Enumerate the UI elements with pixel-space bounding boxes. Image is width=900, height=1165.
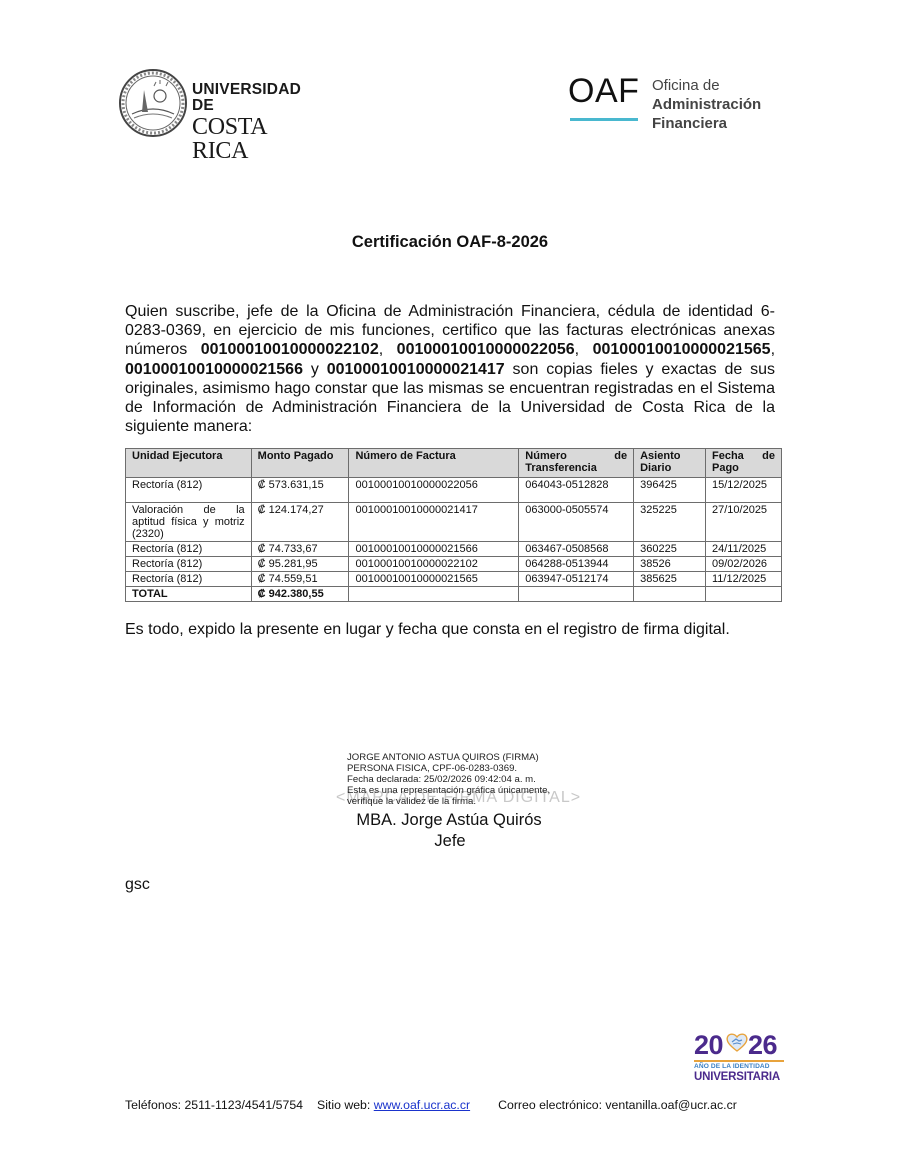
separator: ,	[379, 341, 397, 358]
signer-name-text: MBA. Jorge Astúa Quirós	[356, 811, 541, 829]
invoice-number-3: 00100010010000021565	[593, 341, 771, 358]
header-asiento-diario: Asiento Diario	[634, 449, 706, 478]
footer-phones: Teléfonos: 2511-1123/4541/5754	[125, 1098, 303, 1112]
footer-contact: Teléfonos: 2511-1123/4541/5754Sitio web:…	[125, 1098, 737, 1112]
signature-line-1: JORGE ANTONIO ASTUA QUIROS (FIRMA)	[347, 752, 587, 763]
cell-unidad-ejecutora: Rectoría (812)	[126, 478, 252, 503]
cell-numero-factura: 00100010010000021417	[349, 503, 519, 542]
invoice-number-5: 00100010010000021417	[327, 361, 505, 378]
ucr-logo-line1: UNIVERSIDAD DE	[192, 82, 308, 113]
cell-fecha-pago: 27/10/2025	[706, 503, 782, 542]
table-row: Rectoría (812)₡ 74.559,51001000100100000…	[126, 572, 782, 587]
closing-statement: Es todo, expido la presente en lugar y f…	[125, 621, 730, 639]
cell-unidad-ejecutora: Rectoría (812)	[126, 557, 252, 572]
oaf-acronym: OAF	[568, 74, 639, 108]
cell-numero-transferencia: 063467-0508568	[519, 542, 634, 557]
cell-unidad-ejecutora: Valoración de la aptitud física y motriz…	[126, 503, 252, 542]
signer-role: Jefe	[0, 832, 900, 851]
total-label: TOTAL	[126, 587, 252, 602]
university-seal-icon	[118, 68, 188, 138]
cell-asiento-diario: 38526	[634, 557, 706, 572]
table-header-row: Unidad Ejecutora Monto Pagado Número de …	[126, 449, 782, 478]
separator: y	[303, 361, 327, 378]
invoice-number-1: 00100010010000022102	[201, 341, 379, 358]
cell-asiento-diario: 360225	[634, 542, 706, 557]
footer-web-label: Sitio web:	[317, 1098, 374, 1112]
header-monto-pagado: Monto Pagado	[251, 449, 349, 478]
table-row: Rectoría (812)₡ 74.733,67001000100100000…	[126, 542, 782, 557]
cell-monto-pagado: ₡ 95.281,95	[251, 557, 349, 572]
cell-monto-pagado: ₡ 74.733,67	[251, 542, 349, 557]
signature-line-5: verifique la validez de la firma.	[347, 796, 587, 807]
footer-web-link[interactable]: www.oaf.ucr.ac.cr	[374, 1098, 470, 1112]
table-row: Rectoría (812)₡ 573.631,1500100010010000…	[126, 478, 782, 503]
cell-unidad-ejecutora: Rectoría (812)	[126, 542, 252, 557]
oaf-logo: OAF Oficina de Administración Financiera	[568, 70, 778, 136]
footer-email: Correo electrónico: ventanilla.oaf@ucr.a…	[498, 1098, 737, 1112]
cell-asiento-diario: 385625	[634, 572, 706, 587]
cell-numero-transferencia: 063947-0512174	[519, 572, 634, 587]
separator: ,	[575, 341, 593, 358]
table-row: Valoración de la aptitud física y motriz…	[126, 503, 782, 542]
cell-monto-pagado: ₡ 573.631,15	[251, 478, 349, 503]
separator: ,	[771, 341, 775, 358]
oaf-name-line3: Financiera	[652, 114, 761, 133]
year-logo-subtitle-2: UNIVERSITARIA	[694, 1071, 780, 1083]
cell-monto-pagado: ₡ 74.559,51	[251, 572, 349, 587]
payments-table: Unidad Ejecutora Monto Pagado Número de …	[125, 448, 782, 602]
cell-numero-factura: 00100010010000022056	[349, 478, 519, 503]
heart-handshake-icon	[725, 1030, 749, 1054]
year-identity-logo: 20 26 AÑO DE LA IDENTIDAD UNIVERSITARIA	[692, 1030, 787, 1085]
header-fecha-pago: Fecha de Pago	[706, 449, 782, 478]
cell-numero-transferencia: 063000-0505574	[519, 503, 634, 542]
author-initials: gsc	[125, 876, 150, 894]
cell-fecha-pago: 09/02/2026	[706, 557, 782, 572]
header-unidad-ejecutora: Unidad Ejecutora	[126, 449, 252, 478]
cell-unidad-ejecutora: Rectoría (812)	[126, 572, 252, 587]
cell-numero-factura: 00100010010000022102	[349, 557, 519, 572]
cell-monto-pagado: ₡ 124.174,27	[251, 503, 349, 542]
total-amount: ₡ 942.380,55	[251, 587, 349, 602]
header-numero-factura: Número de Factura	[349, 449, 519, 478]
table-row: Rectoría (812)₡ 95.281,95001000100100000…	[126, 557, 782, 572]
header-numero-transferencia: Número de Transferencia	[519, 449, 634, 478]
table-total-row: TOTAL₡ 942.380,55	[126, 587, 782, 602]
certification-paragraph: Quien suscribe, jefe de la Oficina de Ad…	[125, 302, 775, 436]
cell-asiento-diario: 325225	[634, 503, 706, 542]
cell-numero-transferencia: 064043-0512828	[519, 478, 634, 503]
signature-line-3: Fecha declarada: 25/02/2026 09:42:04 a. …	[347, 774, 587, 785]
invoice-number-4: 00100010010000021566	[125, 361, 303, 378]
oaf-name-line2: Administración	[652, 95, 761, 114]
cell-numero-transferencia: 064288-0513944	[519, 557, 634, 572]
cell-fecha-pago: 11/12/2025	[706, 572, 782, 587]
cell-asiento-diario: 396425	[634, 478, 706, 503]
signature-line-2: PERSONA FISICA, CPF-06-0283-0369.	[347, 763, 587, 774]
digital-signature-block[interactable]: JORGE ANTONIO ASTUA QUIROS (FIRMA) PERSO…	[347, 752, 587, 807]
signer-name: MBA. Jorge Astúa Quirós	[0, 811, 900, 830]
year-right-digits: 26	[748, 1032, 777, 1059]
empty-cell	[634, 587, 706, 602]
signature-line-4: Esta es una representación gráfica única…	[347, 785, 587, 796]
cell-fecha-pago: 24/11/2025	[706, 542, 782, 557]
empty-cell	[519, 587, 634, 602]
cell-fecha-pago: 15/12/2025	[706, 478, 782, 503]
cell-numero-factura: 00100010010000021566	[349, 542, 519, 557]
empty-cell	[349, 587, 519, 602]
oaf-accent-bar	[570, 118, 638, 121]
invoice-number-2: 00100010010000022056	[397, 341, 575, 358]
ucr-logo-line2: COSTA RICA	[192, 115, 308, 163]
ucr-logo: UNIVERSIDAD DE COSTA RICA	[118, 68, 308, 140]
empty-cell	[706, 587, 782, 602]
oaf-name-line1: Oficina de	[652, 76, 761, 95]
year-logo-underline	[694, 1060, 784, 1062]
year-logo-subtitle-1: AÑO DE LA IDENTIDAD	[694, 1063, 770, 1070]
document-title: Certificación OAF-8-2026	[0, 233, 900, 252]
cell-numero-factura: 00100010010000021565	[349, 572, 519, 587]
year-left-digits: 20	[694, 1032, 723, 1059]
